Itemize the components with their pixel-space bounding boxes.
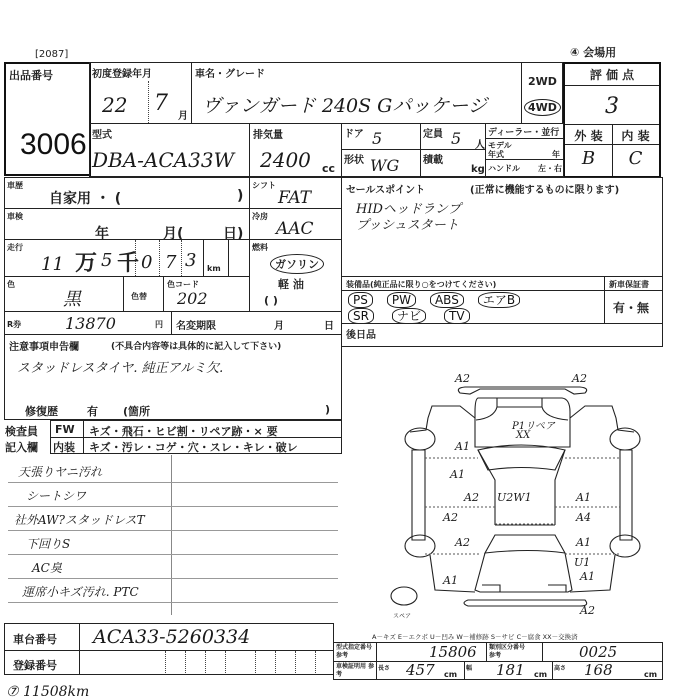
type-number-value: 15806	[429, 643, 477, 661]
width-label: 幅	[466, 663, 472, 672]
specs-box: 型式指定番号 参考 15806 類別区分番号 参考 0025 車検証明用 参考 …	[333, 642, 663, 680]
damage-mark: U1	[574, 556, 590, 569]
width-unit: cm	[534, 670, 547, 679]
damage-mark: XX	[516, 430, 530, 441]
chassis-box: 車台番号 ACA33-5260334 登録番号	[4, 623, 334, 675]
height-unit: cm	[644, 670, 657, 679]
length-label: 長さ	[378, 663, 390, 672]
footer-note: ⑦ 11508km	[6, 684, 89, 700]
cert-label: 車検証明用 参考	[336, 663, 376, 679]
height-value: 168	[584, 661, 613, 679]
width-value: 181	[496, 661, 525, 679]
damage-legend: A－キズ E－エクボ U－凹み W－補修跡 S－サビ C－腐食 XX－交換済	[372, 632, 578, 641]
damage-mark: A1	[443, 574, 458, 587]
damage-mark: A4	[576, 511, 591, 524]
damage-mark: A1	[576, 491, 591, 504]
damage-mark: A2	[443, 511, 458, 524]
damage-mark: U2W1	[497, 491, 532, 504]
type-number-label: 型式指定番号 参考	[336, 644, 376, 660]
damage-mark: A1	[450, 468, 465, 481]
damage-mark: A2	[455, 536, 470, 549]
damage-mark: A2	[572, 372, 587, 385]
registration-number-label: 登録番号	[13, 657, 57, 673]
damage-mark: A1	[580, 570, 595, 583]
damage-mark: A1	[576, 536, 591, 549]
class-number-value: 0025	[579, 643, 617, 661]
height-label: 高さ	[554, 663, 566, 672]
class-number-label: 類別区分番号 参考	[489, 644, 529, 660]
damage-mark: A2	[464, 491, 479, 504]
chassis-label: 車台番号	[13, 631, 57, 647]
damage-mark: A2	[580, 604, 595, 617]
spare-label: スペア	[393, 611, 411, 620]
length-value: 457	[406, 661, 435, 679]
chassis-value: ACA33-5260334	[93, 626, 250, 648]
damage-mark: A2	[455, 372, 470, 385]
car-diagram	[0, 0, 700, 700]
damage-mark: A1	[455, 440, 470, 453]
length-unit: cm	[444, 670, 457, 679]
